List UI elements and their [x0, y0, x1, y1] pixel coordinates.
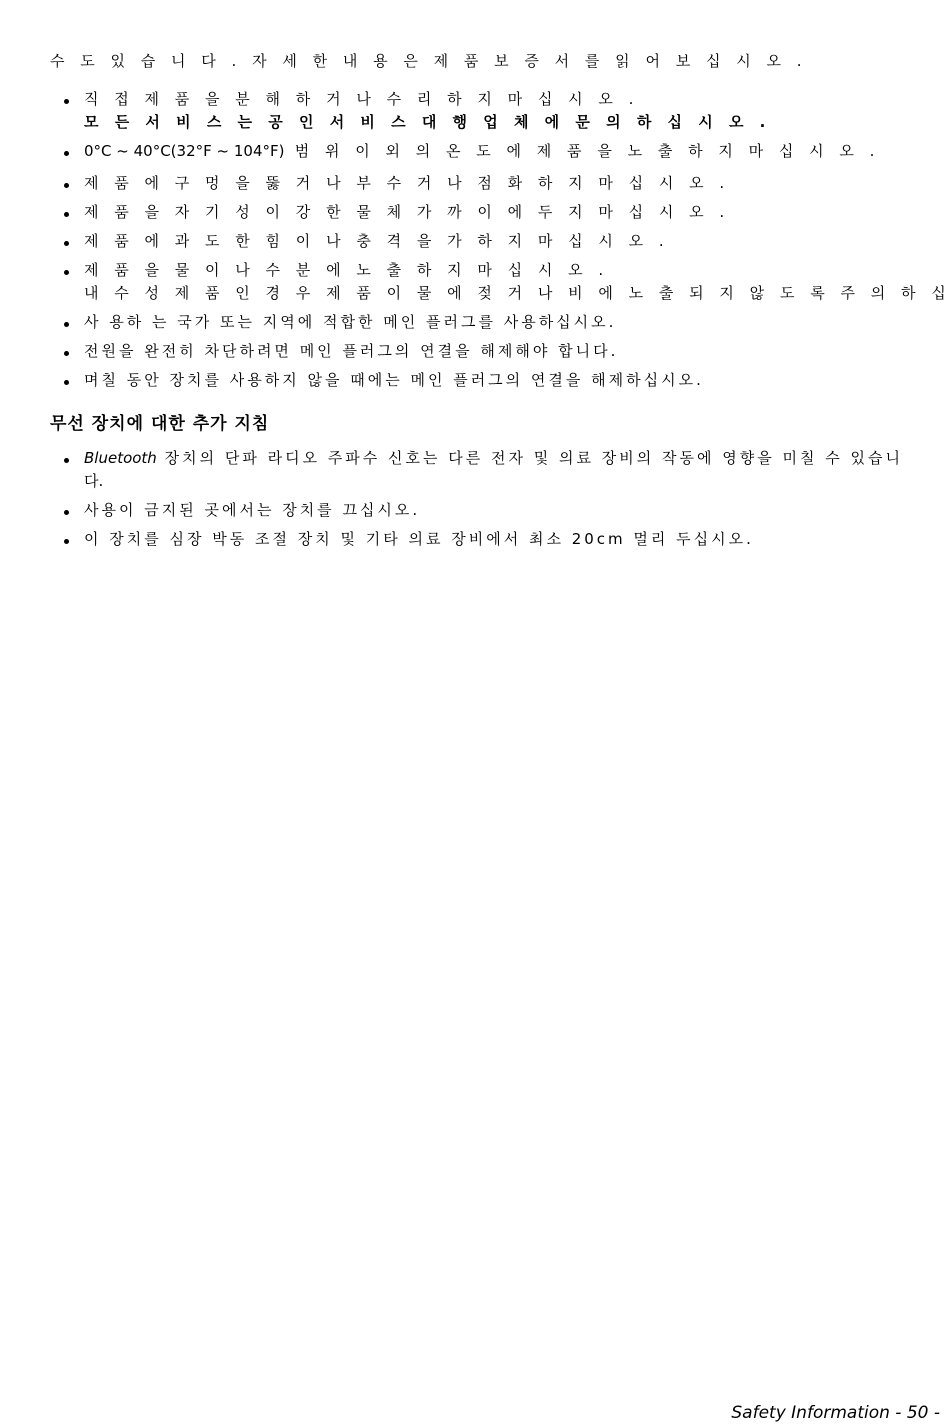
bullet-icon — [64, 458, 69, 463]
bullet-icon — [64, 380, 69, 385]
bullet-icon — [64, 539, 69, 544]
section-heading: 무선 장치에 대한 추가 지침 — [50, 413, 269, 435]
list-item-text: 직 접 제 품 을 분 해 하 거 나 수 리 하 지 마 십 시 오 . — [84, 89, 639, 109]
page-footer: Safety Information - 50 - — [731, 1403, 940, 1423]
bluetooth-term: Bluetooth — [84, 449, 157, 467]
list-item-text: Bluetooth 장치의 단파 라디오 주파수 신호는 다른 전자 및 의료 … — [84, 448, 903, 468]
list-item-text: 제 품 에 과 도 한 힘 이 나 충 격 을 가 하 지 마 십 시 오 . — [84, 231, 669, 251]
list-item-text: 제 품 을 물 이 나 수 분 에 노 출 하 지 마 십 시 오 . — [84, 260, 609, 280]
bullet-icon — [64, 183, 69, 188]
list-item-text: 사 용하 는 국가 또는 지역에 적합한 메인 플러그를 사용하십시오. — [84, 312, 616, 332]
list-item-text-line2: 다. — [84, 471, 103, 491]
list-item-bold-text: 모 든 서 비 스 는 공 인 서 비 스 대 행 업 체 에 문 의 하 십 … — [84, 112, 771, 132]
list-item-text: 제 품 을 자 기 성 이 강 한 물 체 가 까 이 에 두 지 마 십 시 … — [84, 202, 730, 222]
bullet-icon — [64, 270, 69, 275]
bullet-icon — [64, 322, 69, 327]
bullet-icon — [64, 241, 69, 246]
document-page: 수 도 있 습 니 다 . 자 세 한 내 용 은 제 품 보 증 서 를 읽 … — [0, 0, 950, 1426]
list-item-text-line2: 내 수 성 제 품 인 경 우 제 품 이 물 에 젖 거 나 비 에 노 출 … — [84, 283, 950, 303]
list-item-text: 며칠 동안 장치를 사용하지 않을 때에는 메인 플러그의 연결을 해제하십시오… — [84, 370, 704, 390]
intro-line: 수 도 있 습 니 다 . 자 세 한 내 용 은 제 품 보 증 서 를 읽 … — [50, 51, 807, 71]
bullet-icon — [64, 99, 69, 104]
temperature-range: 0°C ~ 40°C(32°F ~ 104°F) — [84, 142, 284, 160]
list-item-text: 전원을 완전히 차단하려면 메인 플러그의 연결을 해제해야 합니다. — [84, 341, 618, 361]
list-item-text: 0°C ~ 40°C(32°F ~ 104°F) 범 위 이 외 의 온 도 에… — [84, 141, 880, 161]
list-item-text: 이 장치를 심장 박동 조절 장치 및 기타 의료 장비에서 최소 20cm 멀… — [84, 529, 754, 549]
bullet-icon — [64, 212, 69, 217]
list-item-text: 제 품 에 구 멍 을 뚫 거 나 부 수 거 나 점 화 하 지 마 십 시 … — [84, 173, 730, 193]
bullet-icon — [64, 351, 69, 356]
list-item-text: 사용이 금지된 곳에서는 장치를 끄십시오. — [84, 500, 420, 520]
bullet-icon — [64, 510, 69, 515]
bullet-icon — [64, 151, 69, 156]
